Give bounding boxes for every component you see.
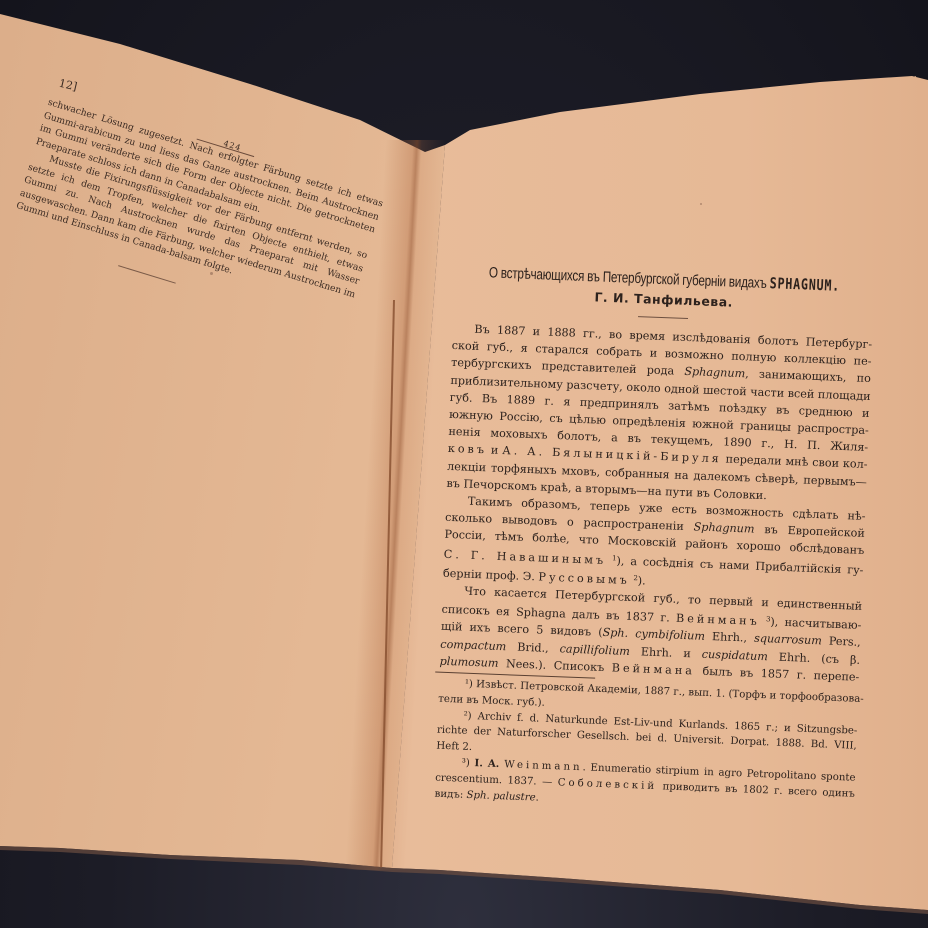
paper-spot — [700, 203, 702, 205]
footnotes: ¹) Извѣст. Петровской Академіи, 1887 г.,… — [434, 676, 859, 818]
right-page-text: О встрѣчающихся въ Петербургской губерні… — [434, 262, 874, 818]
article-body: Въ 1887 и 1888 гг., во время изслѣдовані… — [439, 320, 872, 686]
title-rule — [638, 316, 688, 319]
paper-spot — [210, 272, 213, 275]
taxon-name: Sphagnum — [693, 521, 754, 536]
taxon-name: Sphagnum — [684, 365, 745, 380]
title-genus: SPHAGNUM. — [769, 274, 840, 295]
